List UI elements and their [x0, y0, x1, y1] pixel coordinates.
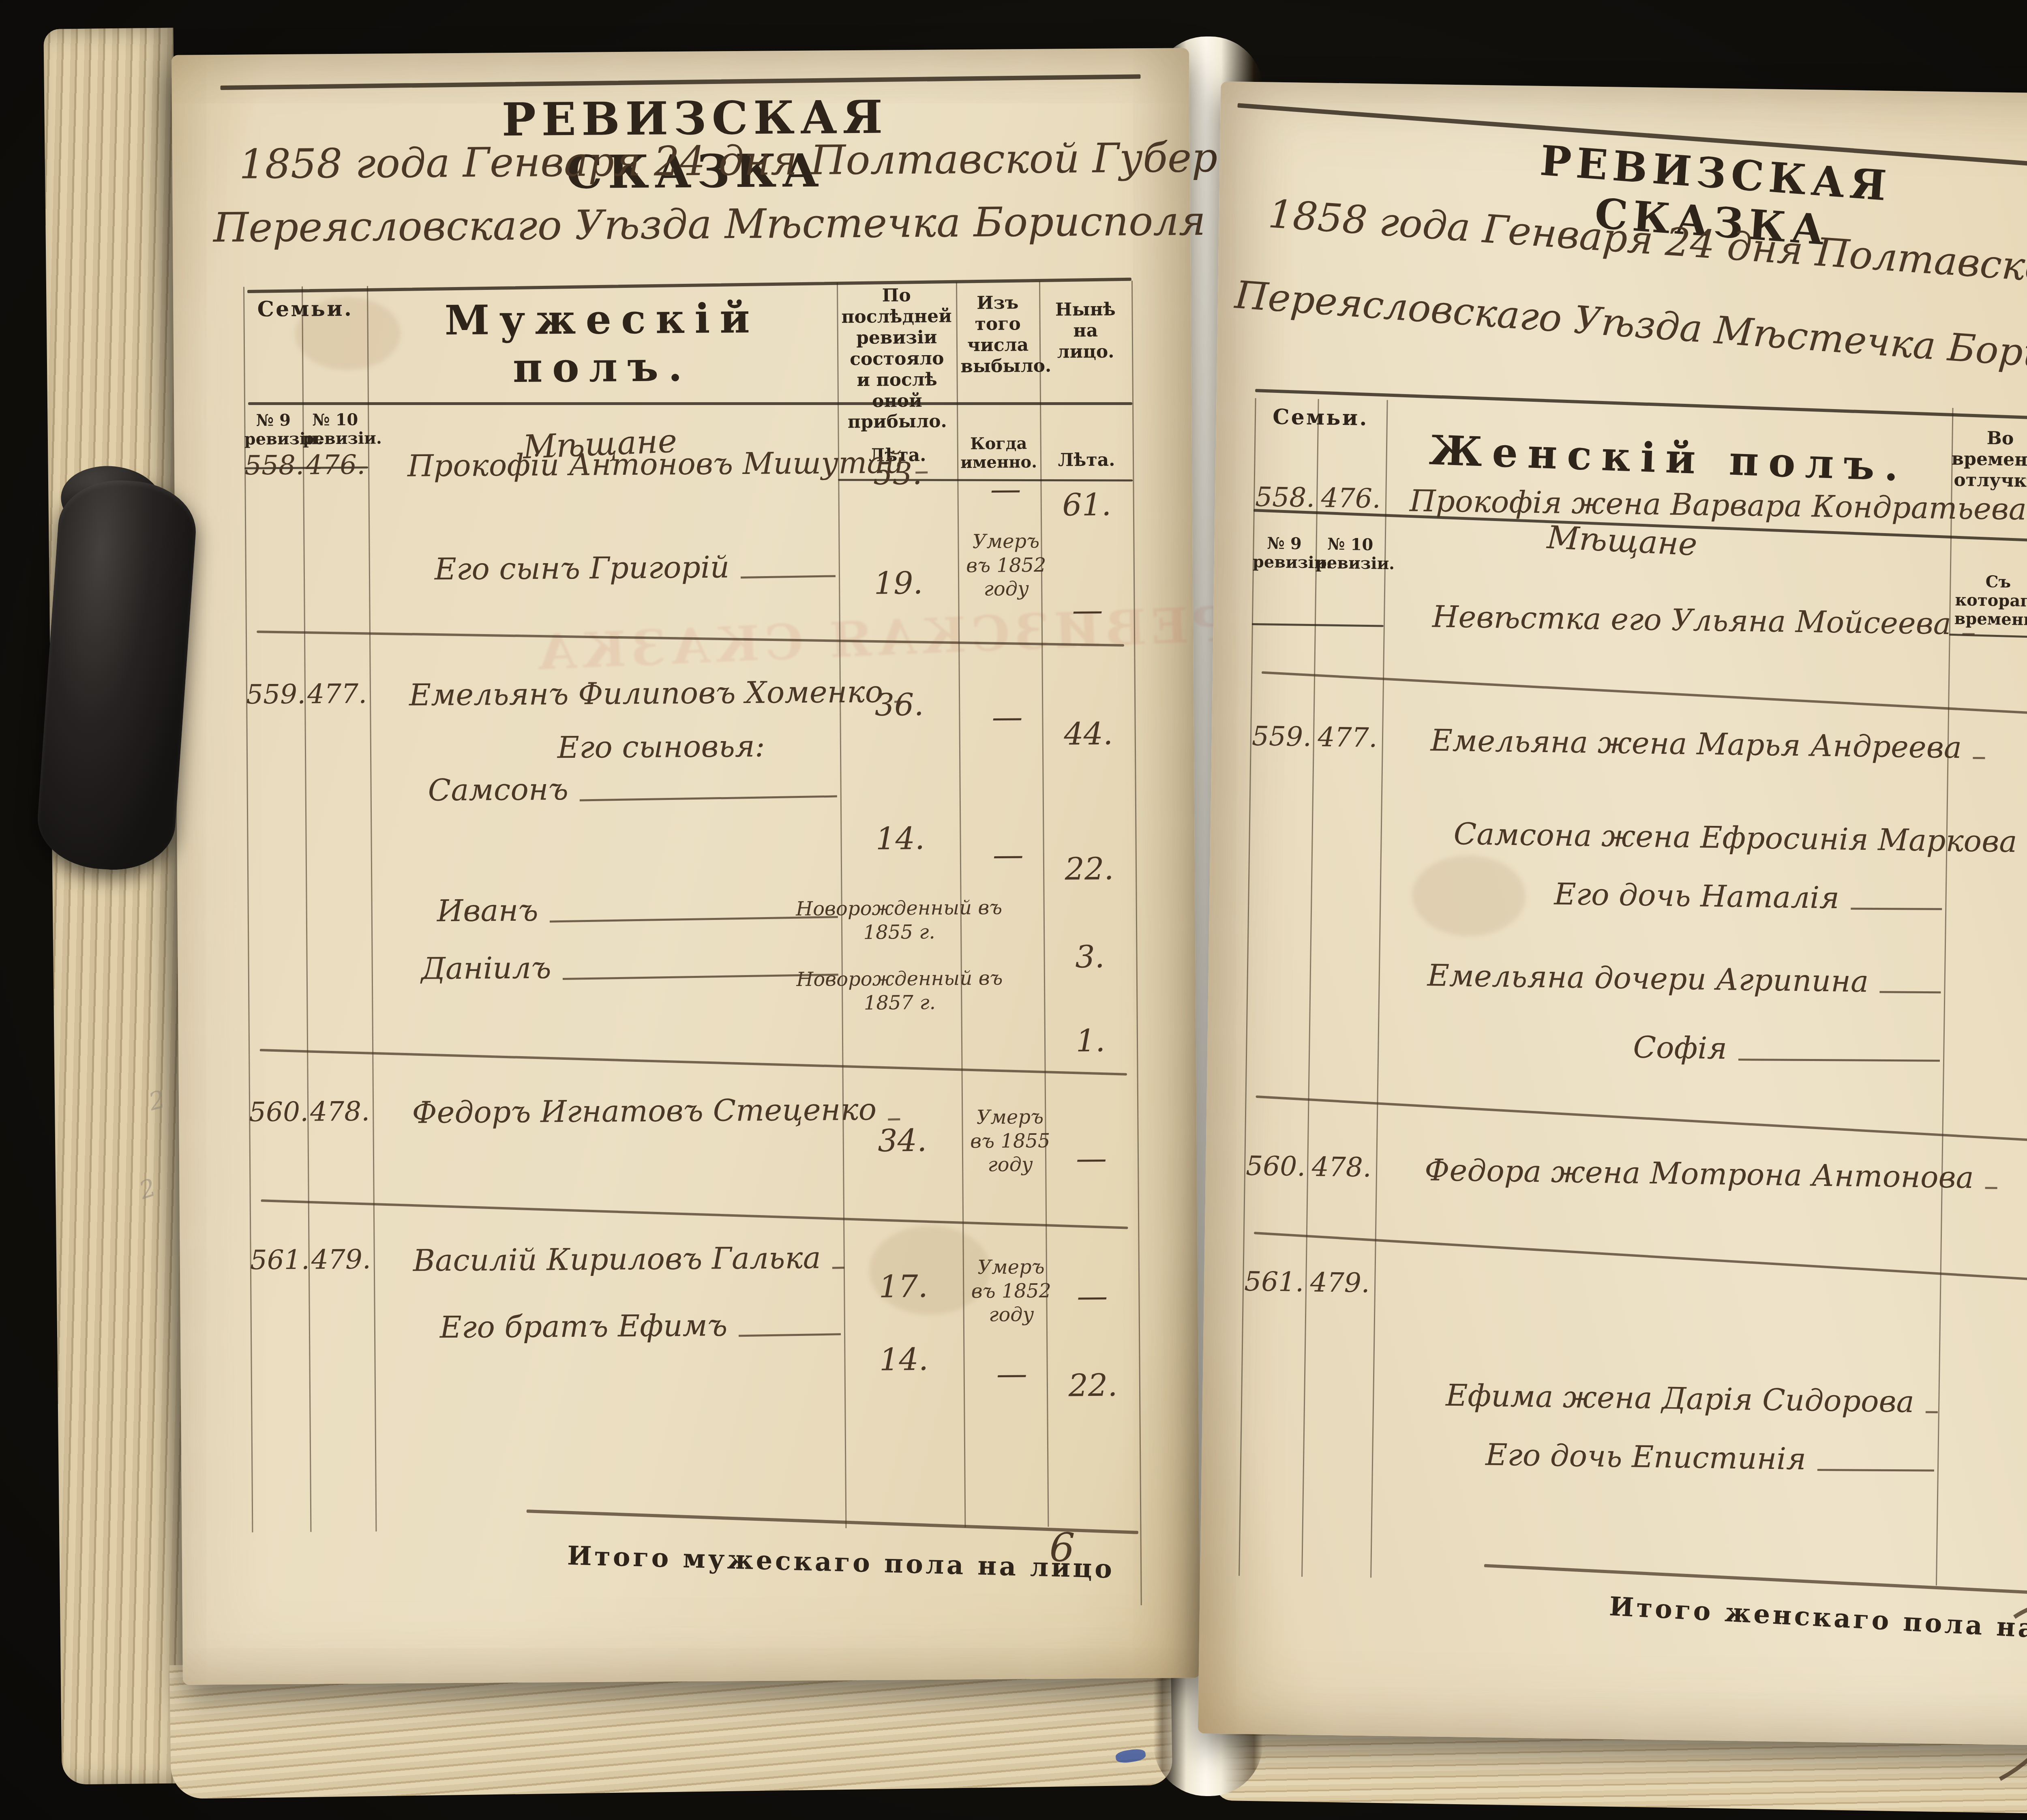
book-scan: РЕВИЗСКАЯ СКАЗКА РЕВИЗСКАЯ СКАЗКА 1858 г… — [0, 0, 2027, 1820]
table-row: Его братъ Ефимъ — [440, 1307, 844, 1345]
left-table-rows: 558.476.Прокофій Антоновъ Мишутай53.—61.… — [171, 48, 1189, 55]
row-number-10th-revision: 479. — [1305, 1267, 1375, 1299]
table-row: Прокофій Антоновъ Мишутай — [407, 446, 838, 483]
row-number-9th-revision: 559. — [1250, 720, 1313, 752]
table-row: Емельяна дочери Агрипина — [1427, 958, 1944, 1000]
person-name: Емельянъ Филиповъ Хоменко — [409, 675, 883, 713]
dash-mark: — — [965, 1355, 1058, 1392]
row-number-10th-revision: 476. — [1316, 482, 1386, 514]
date-line: 1858 года Генваря 24 дня Полтавской Губе… — [239, 134, 1143, 188]
subheader-years-now: Лѣта. — [1042, 450, 1131, 471]
column-header-family: Семьи. — [243, 296, 367, 322]
right-page: 550 538 коп. РЕВИЗСКАЯ СКАЗКА 1858 года … — [1198, 81, 2027, 1747]
horizontal-rule-line — [527, 1509, 1138, 1534]
age-now-present: 3. — [1045, 938, 1135, 975]
entry-rule-line — [1925, 1411, 1937, 1413]
table-row: Невѣстка его Ульяна Мойсеева — [1432, 599, 1950, 641]
subheader-when-exactly: Когда именно. — [957, 434, 1041, 472]
table-row: Софія — [1633, 1030, 1943, 1069]
horizontal-rule-line — [247, 278, 1131, 293]
table-row: Самсонъ — [428, 770, 840, 808]
age-at-previous-revision: 14. — [855, 1341, 953, 1378]
subheader-9th-revision: № 9 ревизіи. — [1253, 534, 1316, 572]
row-number-10th-revision: 477. — [304, 678, 370, 710]
entry-rule-line — [1880, 991, 1941, 993]
binder-clip — [34, 476, 199, 874]
horizontal-rule-line — [261, 1199, 1128, 1229]
row-number-9th-revision: 558. — [1253, 481, 1317, 513]
row-number-10th-revision: 478. — [1307, 1151, 1376, 1183]
entry-rule-line — [888, 1118, 900, 1120]
person-name: Софія — [1633, 1030, 1727, 1066]
person-name: Его дочь Епистинія — [1485, 1437, 1806, 1477]
row-number-9th-revision: 558. — [244, 450, 303, 481]
horizontal-rule-line — [1484, 1564, 2027, 1599]
table-row: Ефима жена Дарія Сидорова — [1446, 1378, 1939, 1420]
horizontal-rule-line — [248, 402, 1132, 405]
subheader-10th-revision: № 10 ревизіи. — [302, 410, 368, 448]
table-row: Его дочь Епистинія — [1485, 1437, 1938, 1479]
total-male-value: 6 — [1049, 1524, 1076, 1571]
column-header-female-sex: Женскій полъ. — [1385, 424, 1952, 492]
column-header-male-sex: Мужескій полъ. — [367, 294, 838, 392]
left-table-lines — [171, 48, 1189, 55]
age-now-present: 22. — [1045, 850, 1134, 887]
place-line: Переясловскаго Уѣзда Мѣстечка Борисполя — [213, 197, 1146, 251]
person-name: Ефима жена Дарія Сидорова — [1446, 1378, 1915, 1419]
column-header-previous-revision: По послѣдней ревизіи состояло и послѣ он… — [841, 285, 953, 433]
age-at-previous-revision: 34. — [853, 1122, 951, 1159]
horizontal-rule-line — [1262, 671, 2027, 720]
subheader-since-when: Съ котораго времени. — [1949, 572, 2027, 629]
table-row: Самсона жена Ефросинія Маркова — [1453, 817, 1946, 858]
row-number-9th-revision: 560. — [249, 1096, 308, 1128]
table-row: Его сынъ Григорій — [435, 549, 839, 587]
horizontal-rule-line — [260, 1049, 1127, 1076]
person-name: Федора жена Мотрона Антонова — [1425, 1153, 1974, 1195]
table-row: Его сыновья: — [557, 728, 840, 765]
person-name: Его дочь Наталія — [1554, 877, 1840, 915]
person-name: Емельяна жена Марья Андреева — [1430, 723, 1962, 765]
right-table-rows: 558.476.Прокофія жена Варвара Кондратьев… — [1221, 81, 2027, 96]
table-row: Даніилъ — [421, 948, 842, 986]
event-note: Умеръ въ 1852 году — [964, 1255, 1058, 1327]
right-table-lines — [1221, 81, 2027, 96]
table-row: Емельянъ Филиповъ Хоменко — [409, 675, 840, 712]
row-number-9th-revision: 561. — [250, 1244, 309, 1276]
entry-rule-line — [832, 1267, 844, 1269]
row-number-10th-revision: 477. — [1313, 721, 1382, 753]
column-divider-line — [367, 286, 377, 1531]
subheader-9th-revision: № 9 ревизіи. — [244, 411, 303, 449]
person-name: Прокофій Антоновъ Мишутай — [407, 445, 904, 484]
age-now-present: 61. — [1042, 486, 1131, 523]
place-line: Переясловскаго Уѣзда Мѣстечка Борисполя — [1233, 273, 2027, 385]
dash-mark: — — [959, 471, 1052, 508]
person-name: Невѣстка его Ульяна Мойсеева — [1432, 599, 1952, 641]
subheader-10th-revision: № 10 ревизіи. — [1316, 535, 1385, 573]
row-number-9th-revision: 560. — [1244, 1150, 1307, 1182]
age-at-previous-revision: 14. — [851, 820, 949, 857]
person-name: Василій Кириловъ Галька — [413, 1241, 821, 1278]
column-header-temporarily-absent: Во временной отлучкѣ. — [1951, 427, 2027, 492]
entry-rule-line — [739, 1333, 841, 1337]
row-number-10th-revision: 476. — [303, 449, 369, 480]
age-at-previous-revision: 19. — [850, 564, 947, 601]
person-name: Иванъ — [437, 893, 538, 929]
person-name: Федоръ Игнатовъ Стеценко — [412, 1092, 876, 1130]
entry-rule-line — [1963, 633, 1975, 635]
column-header-family: Семьи. — [1255, 404, 1387, 431]
entry-rule-line — [1817, 1469, 1934, 1472]
entry-rule-line — [1973, 757, 1985, 759]
total-female-label: Итого женскаго пола на лицо — [1609, 1591, 2027, 1649]
age-now-present: 1. — [1046, 1022, 1136, 1059]
table-row: Федоръ Игнатовъ Стеценко — [412, 1092, 843, 1130]
column-divider-line — [1238, 398, 1256, 1576]
dash-mark: — — [960, 699, 1054, 735]
table-row: Федора жена Мотрона Антонова — [1425, 1153, 1942, 1195]
column-divider-line — [1301, 399, 1319, 1577]
table-row: Емельяна жена Марья Андреева — [1430, 723, 1948, 765]
age-at-previous-revision: 36. — [851, 686, 948, 723]
table-row: Его дочь Наталія — [1554, 877, 1946, 917]
horizontal-rule-line — [1252, 623, 1384, 627]
entry-rule-line — [1985, 1187, 1997, 1189]
age-now-present: — — [1048, 1278, 1137, 1314]
row-number-10th-revision: 479. — [308, 1243, 374, 1275]
person-name: Даніилъ — [421, 950, 551, 986]
page-edges-left — [43, 28, 191, 1784]
person-name: Его братъ Ефимъ — [440, 1308, 728, 1345]
row-number-9th-revision: 559. — [246, 679, 305, 710]
horizontal-rule-line — [221, 74, 1141, 90]
person-name: Самсона жена Ефросинія Маркова — [1453, 817, 2017, 859]
event-note: Новорожденный въ 1855 г. — [786, 896, 1013, 945]
person-name: Емельяна дочери Агрипина — [1427, 958, 1869, 999]
entry-rule-line — [580, 795, 837, 802]
total-male-label: Итого мужескаго пола на лицо — [567, 1541, 1115, 1584]
event-note: Умеръ въ 1855 году — [963, 1105, 1057, 1177]
age-stain — [1412, 855, 1526, 937]
age-at-previous-revision: 53. — [849, 455, 947, 492]
table-row: Василій Кириловъ Галька — [413, 1240, 844, 1278]
entry-rule-line — [1851, 908, 1942, 910]
table-row: Иванъ — [437, 891, 841, 928]
age-now-present: — — [1047, 1140, 1136, 1177]
age-at-previous-revision: 17. — [855, 1268, 952, 1305]
age-now-present: 22. — [1048, 1367, 1138, 1404]
event-note: Умеръ въ 1852 году — [959, 529, 1053, 601]
person-name: Его сыновья: — [557, 729, 765, 765]
horizontal-rule-line — [1256, 1095, 2027, 1147]
age-now-present: 44. — [1043, 715, 1133, 752]
horizontal-rule-line — [1949, 634, 2027, 641]
row-number-9th-revision: 561. — [1243, 1266, 1306, 1298]
event-note: Новорожденный въ 1857 г. — [786, 966, 1013, 1015]
person-name: Его сынъ Григорій — [435, 550, 730, 587]
row-number-10th-revision: 478. — [307, 1095, 373, 1127]
column-divider-line — [1370, 400, 1388, 1578]
left-page: РЕВИЗСКАЯ СКАЗКА РЕВИЗСКАЯ СКАЗКА 1858 г… — [171, 48, 1200, 1685]
entry-rule-line — [1738, 1059, 1940, 1062]
age-now-present: — — [1043, 592, 1132, 628]
dash-mark: — — [962, 836, 1055, 873]
person-name: Самсонъ — [428, 772, 568, 808]
column-header-now-present: Нынѣ на лицо. — [1043, 299, 1128, 362]
entry-rule-line — [741, 575, 836, 579]
column-header-departed: Изъ того числа выбыло. — [960, 292, 1035, 377]
